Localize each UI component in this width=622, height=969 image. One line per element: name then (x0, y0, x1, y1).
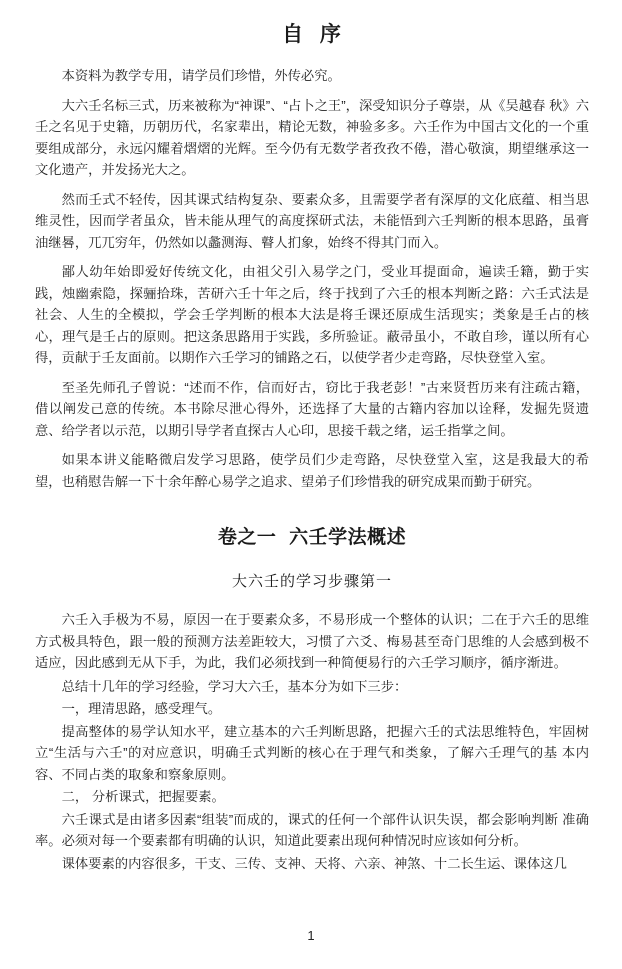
chapter-subtitle: 大六壬的学习步骤第一 (35, 570, 589, 591)
chapter-paragraph: 课体要素的内容很多，干支、三传、支神、天将、六亲、神煞、十二长生运、课体这几 (35, 853, 589, 875)
chapter-section: 六壬入手极为不易，原因一在于要素众多，不易形成一个整体的认识；二在于六壬的思维方… (35, 609, 589, 874)
page-number: 1 (0, 928, 622, 943)
preface-section: 本资料为教学专用，请学员们珍惜，外传必究。 大六壬名标三式，历来被称为“神课”、… (35, 65, 589, 492)
preface-paragraph: 鄙人幼年始即爱好传统文化，由祖父引入易学之门，受业耳提面命，遍读壬籍，勤于实践，… (35, 261, 589, 369)
preface-paragraph: 至圣先师孔子曾说：“述而不作，信而好古，窃比于我老彭！”古来贤哲历来有注疏古籍，… (35, 377, 589, 442)
preface-paragraph: 本资料为教学专用，请学员们珍惜，外传必究。 (35, 65, 589, 87)
chapter-title: 卷之一 六壬学法概述 (35, 522, 589, 549)
page-title: 自 序 (35, 18, 589, 48)
preface-paragraph: 如果本讲义能略微启发学习思路，使学员们少走弯路，尽快登堂入室，这是我最大的希望，… (35, 449, 589, 492)
chapter-paragraph: 六壬课式是由诸多因素“组装”而成的，课式的任何一个部件认识失误，都会影响判断 准… (35, 809, 589, 852)
chapter-paragraph: 二， 分析课式，把握要素。 (35, 786, 589, 808)
preface-paragraph: 大六壬名标三式，历来被称为“神课”、“占卜之王”，深受知识分子尊崇，从《吴越春 … (35, 95, 589, 181)
chapter-paragraph: 六壬入手极为不易，原因一在于要素众多，不易形成一个整体的认识；二在于六壬的思维方… (35, 609, 589, 674)
document-page: 自 序 本资料为教学专用，请学员们珍惜，外传必究。 大六壬名标三式，历来被称为“… (0, 0, 622, 969)
chapter-paragraph: 一，理清思路，感受理气。 (35, 698, 589, 720)
chapter-paragraph: 总结十几年的学习经验，学习大六壬，基本分为如下三步： (35, 676, 589, 698)
preface-paragraph: 然而壬式不轻传，因其课式结构复杂、要素众多，且需要学者有深厚的文化底蕴、相当思维… (35, 189, 589, 254)
chapter-paragraph: 提高整体的易学认知水平，建立基本的六壬判断思路，把握六壬的式法思维特色，牢固树立… (35, 721, 589, 786)
page-content: 自 序 本资料为教学专用，请学员们珍惜，外传必究。 大六壬名标三式，历来被称为“… (0, 0, 622, 874)
